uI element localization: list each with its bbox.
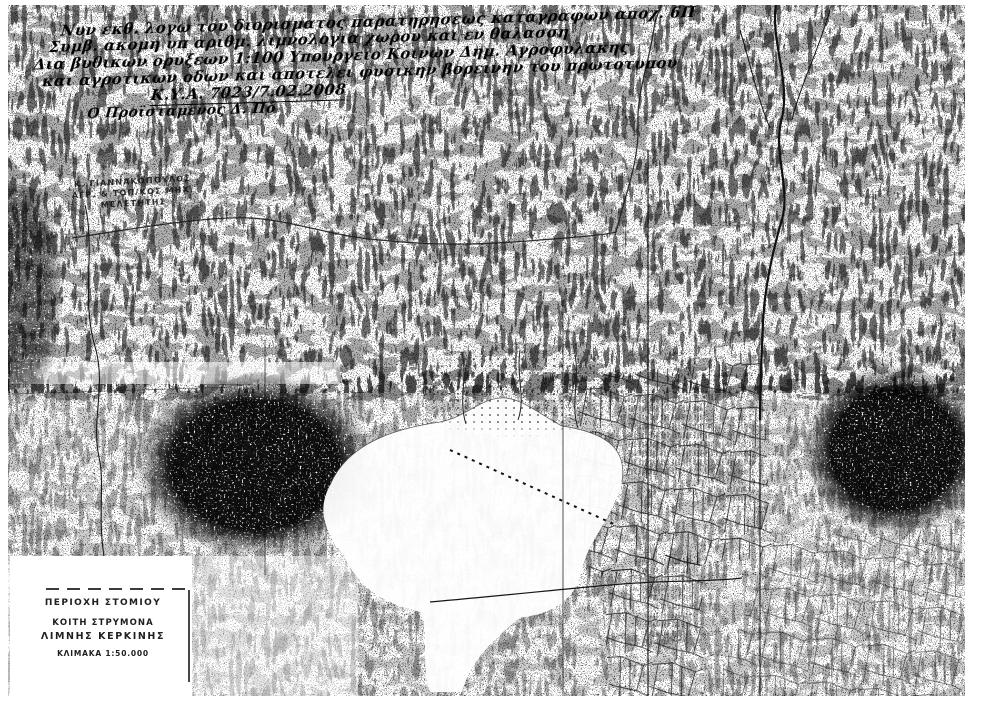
title-line-region: ΠΕΡΙΟΧΗ ΣΤΟΜΙΟΥ: [28, 598, 178, 608]
marshland-dots: [385, 342, 655, 438]
handwritten-protocol-number: Κ.Υ.Α. 7023/7.02.2008: [150, 81, 347, 103]
title-block-text: ΠΕΡΙΟΧΗ ΣΤΟΜΙΟΥ ΚΟΙΤΗ ΣΤΡΥΜΟΝΑ ΛΙΜΝΗΣ ΚΕ…: [28, 598, 178, 658]
dark-terrain-blob-right: [798, 360, 988, 540]
surveyor-stamp: Κ. ΓΙΑΝΝΑΚΟΠΟΥΛΟΣ ΑΓΡ. & ΤΟΠ/ΚΟΣ ΜΗΧ. ΜΕ…: [67, 173, 199, 213]
scanned-map-sheet: Νυν εκθ. λογω του διορισματος παρατηρησε…: [0, 0, 988, 706]
title-line-scale: ΚΛΙΜΑΚΑ 1:50.000: [28, 649, 178, 658]
title-block-right-rule: [188, 590, 190, 682]
title-block-top-rule: [46, 588, 192, 590]
title-line-riverbed: ΚΟΙΤΗ ΣΤΡΥΜΟΝΑ: [28, 618, 178, 628]
map-title-block: ΠΕΡΙΟΧΗ ΣΤΟΜΙΟΥ ΚΟΙΤΗ ΣΤΡΥΜΟΝΑ ΛΙΜΝΗΣ ΚΕ…: [10, 556, 192, 706]
handwritten-signature-line: Ο Προϊσταμενος Δ. Πό: [87, 100, 277, 122]
dark-edge-band-left: [0, 165, 70, 420]
title-line-lake: ΛΙΜΝΗΣ ΚΕΡΚΙΝΗΣ: [28, 631, 178, 642]
